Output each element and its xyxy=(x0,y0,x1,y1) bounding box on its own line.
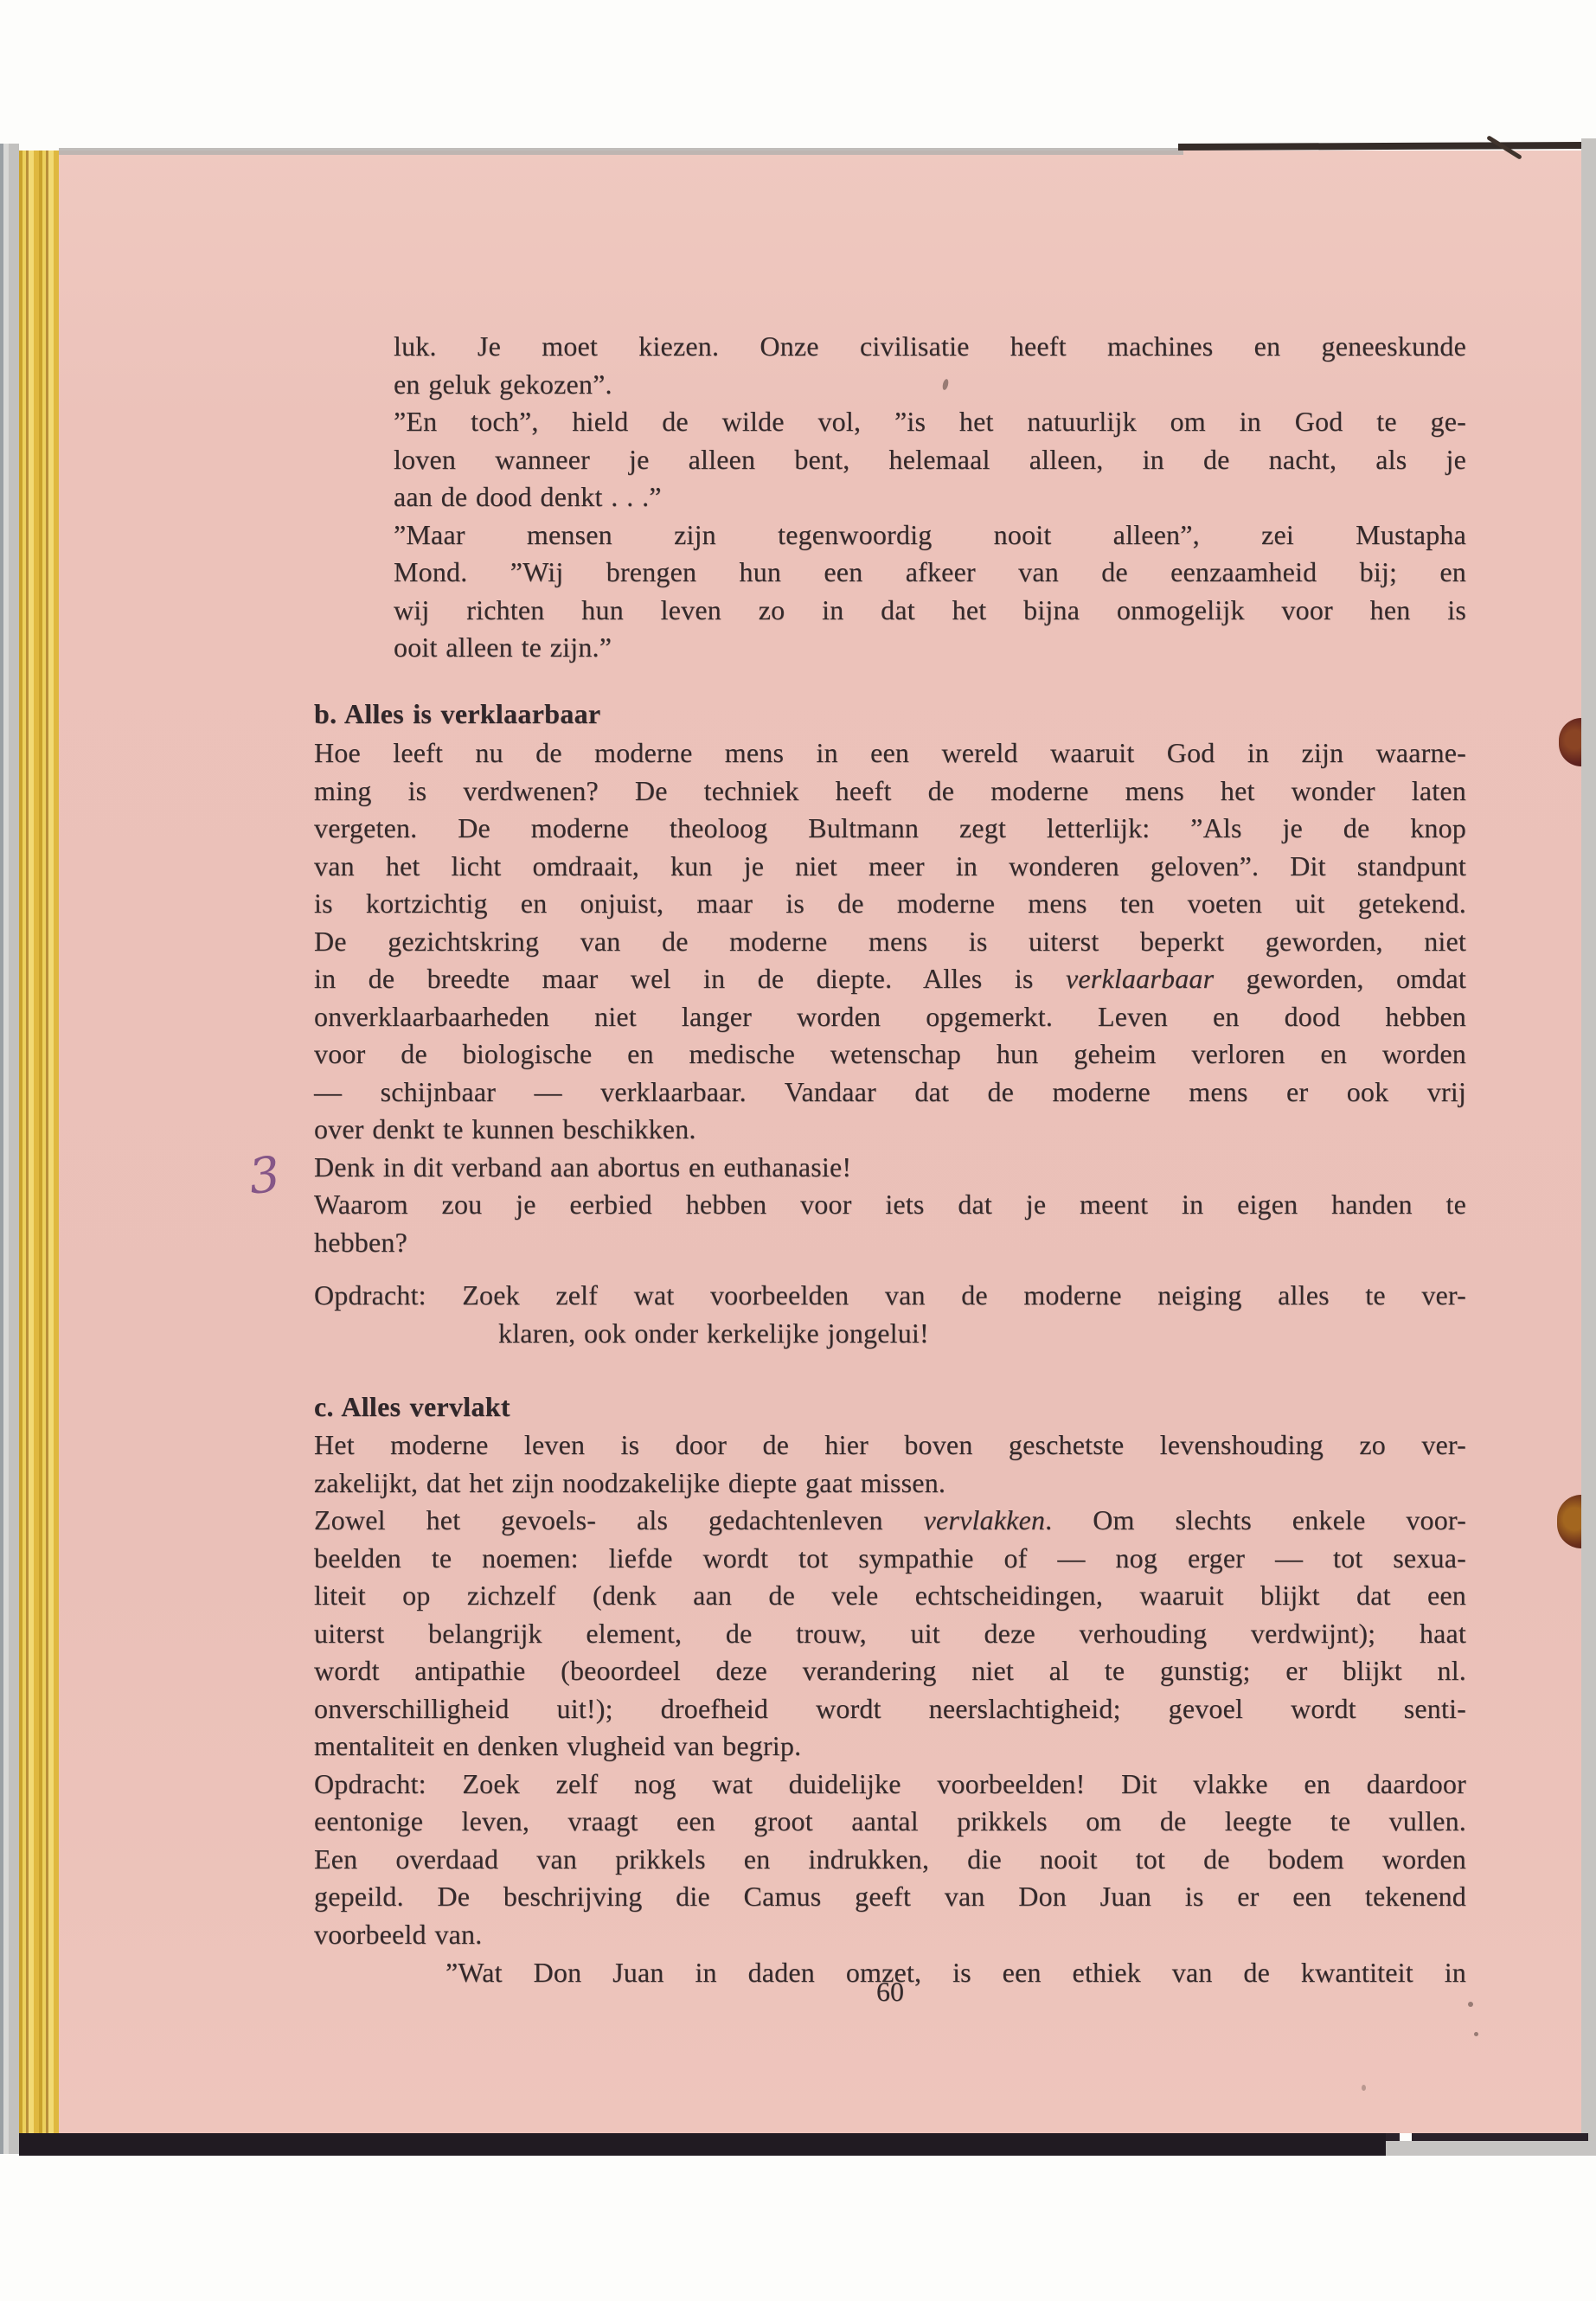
text-line: — schijnbaar — verklaarbaar. Vandaar dat… xyxy=(314,1074,1466,1112)
ink-speck xyxy=(1362,2085,1366,2091)
text-line: zakelijkt, dat het zijn noodzakelijke di… xyxy=(314,1465,1466,1503)
text-line: Zowel het gevoels- als gedachtenleven ve… xyxy=(314,1502,1466,1540)
text-line: Waarom zou je eerbied hebben voor iets d… xyxy=(314,1186,1466,1224)
text-segment: Zowel het gevoels- als gedachtenleven xyxy=(314,1504,924,1535)
section-b-paragraph: Hoe leeft nu de moderne mens in een were… xyxy=(314,734,1466,1261)
text-line: ”En toch”, hield de wilde vol, ”is het n… xyxy=(394,403,1466,441)
text-line: ooit alleen te zijn.” xyxy=(394,629,1466,667)
book-cover-bottom-edge xyxy=(1412,2133,1588,2141)
ink-speck xyxy=(1468,2002,1473,2007)
page-top-shadow xyxy=(59,148,1183,155)
text-line: liteit op zichzelf (denk aan de vele ech… xyxy=(314,1577,1466,1615)
text-segment: . Om slechts enkele voor- xyxy=(1045,1504,1466,1535)
section-c-heading: c. Alles vervlakt xyxy=(314,1388,510,1426)
scanned-book-page: luk. Je moet kiezen. Onze civilisatie he… xyxy=(0,0,1596,2301)
overlying-page-edge-line xyxy=(1178,142,1583,151)
text-line: wij richten hun leven zo in dat het bijn… xyxy=(394,592,1466,630)
text-line: ming is verdwenen? De techniek heeft de … xyxy=(314,772,1466,811)
text-line: Hoe leeft nu de moderne mens in een were… xyxy=(314,734,1466,772)
text-line: Mond. ”Wij brengen hun een afkeer van de… xyxy=(394,554,1466,592)
section-b-assignment: Opdracht: Zoek zelf wat voorbeelden van … xyxy=(314,1277,1466,1352)
handwritten-margin-note: 3 xyxy=(247,1150,283,1202)
text-line: De gezichtskring van de moderne mens is … xyxy=(314,923,1466,961)
text-line: gepeild. De beschrijving die Camus geeft… xyxy=(314,1878,1466,1916)
text-line: vergeten. De moderne theoloog Bultmann z… xyxy=(314,810,1466,848)
text-line: luk. Je moet kiezen. Onze civilisatie he… xyxy=(394,328,1466,366)
text-line: hebben? xyxy=(314,1224,1466,1262)
text-line: onverklaarbaarheden niet langer worden o… xyxy=(314,998,1466,1036)
text-line: Opdracht: Zoek zelf nog wat duidelijke v… xyxy=(314,1766,1466,1804)
scan-shadow-under-cover xyxy=(1386,2141,1596,2156)
text-line: uiterst belangrijk element, de trouw, ui… xyxy=(314,1615,1466,1653)
text-line: wordt antipathie (beoordeel deze verande… xyxy=(314,1652,1466,1690)
text-segment: in de breedte maar wel in de diepte. All… xyxy=(314,963,1066,994)
ink-speck xyxy=(1474,2032,1478,2036)
text-line: klaren, ook onder kerkelijke jongelui! xyxy=(498,1315,1466,1353)
italic-emphasis: verklaarbaar xyxy=(1066,963,1214,994)
text-line: over denkt te kunnen beschikken. xyxy=(314,1111,1466,1149)
scan-right-margin xyxy=(1581,138,1596,2156)
page-number: 60 xyxy=(314,1976,1466,2008)
text-line: en geluk gekozen”. xyxy=(394,366,1466,404)
book-cover-bottom-edge xyxy=(19,2133,1386,2156)
text-segment: geworden, omdat xyxy=(1214,963,1466,994)
text-line: voor de biologische en medische wetensch… xyxy=(314,1035,1466,1074)
text-line: Het moderne leven is door de hier boven … xyxy=(314,1426,1466,1465)
text-line: Een overdaad van prikkels en indrukken, … xyxy=(314,1841,1466,1879)
text-line: mentaliteit en denken vlugheid van begri… xyxy=(314,1727,1466,1766)
text-line: Opdracht: Zoek zelf wat voorbeelden van … xyxy=(314,1277,1466,1315)
book-page-edges-yellow xyxy=(19,151,59,2133)
text-line: eentonige leven, vraagt een groot aantal… xyxy=(314,1803,1466,1841)
text-line: beelden te noemen: liefde wordt tot symp… xyxy=(314,1540,1466,1578)
section-c-paragraph: Het moderne leven is door de hier boven … xyxy=(314,1426,1466,1953)
text-line: is kortzichtig en onjuist, maar is de mo… xyxy=(314,885,1466,923)
text-line: in de breedte maar wel in de diepte. All… xyxy=(314,960,1466,998)
text-line: aan de dood denkt . . .” xyxy=(394,478,1466,516)
scan-left-margin-shadow xyxy=(0,144,19,2154)
book-cover-bottom-edge xyxy=(1386,2133,1400,2141)
text-line: van het licht omdraait, kun je niet meer… xyxy=(314,848,1466,886)
text-line: Denk in dit verband aan abortus en eutha… xyxy=(314,1149,1466,1187)
quoted-passage: luk. Je moet kiezen. Onze civilisatie he… xyxy=(394,328,1466,667)
text-line: onverschilligheid uit!); droefheid wordt… xyxy=(314,1690,1466,1728)
text-line: loven wanneer je alleen bent, helemaal a… xyxy=(394,441,1466,479)
section-b-heading: b. Alles is verklaarbaar xyxy=(314,695,600,734)
italic-emphasis: vervlakken xyxy=(924,1504,1046,1535)
text-line: voorbeeld van. xyxy=(314,1916,1466,1954)
text-line: ”Maar mensen zijn tegenwoordig nooit all… xyxy=(394,516,1466,554)
